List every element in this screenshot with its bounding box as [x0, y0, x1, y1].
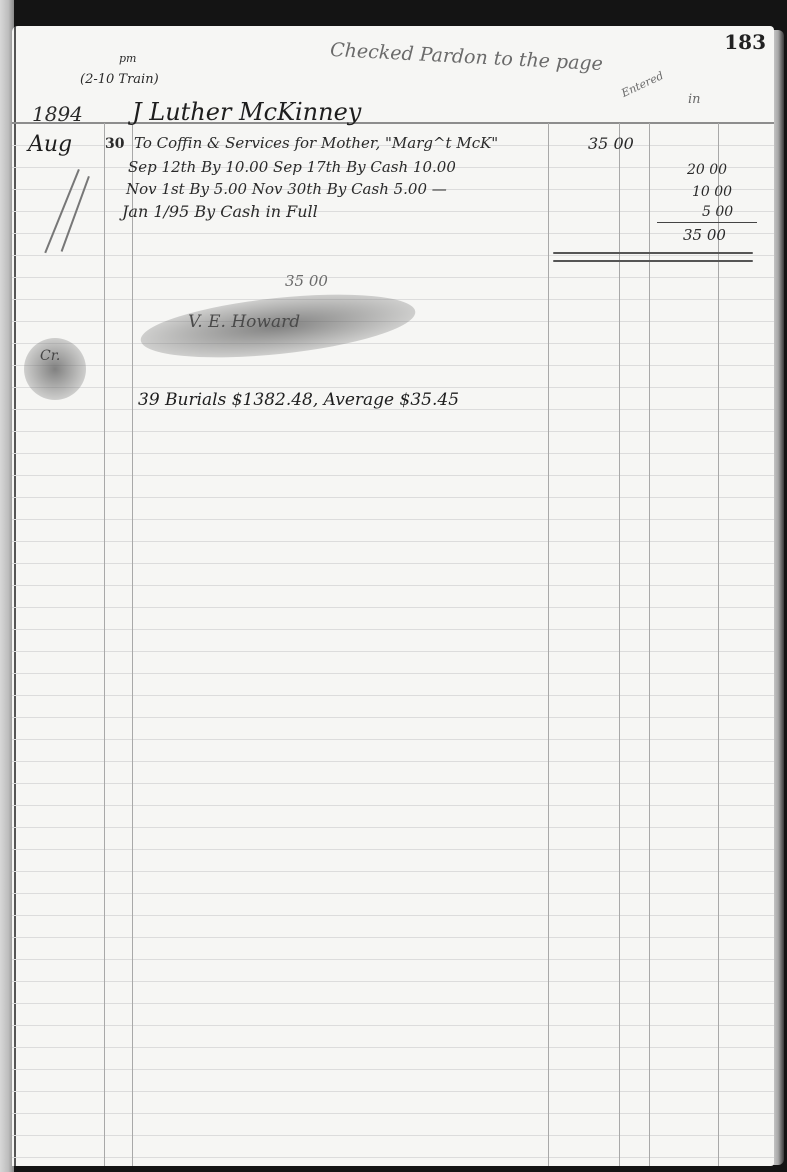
ruled-line	[12, 277, 774, 278]
ruled-line	[12, 453, 774, 454]
ruled-line	[12, 387, 774, 388]
payment-credit: 10 00	[692, 184, 732, 200]
payment-credit: 20 00	[687, 162, 727, 178]
closing-rule	[553, 260, 753, 262]
ruled-line	[12, 607, 774, 608]
ruled-line	[12, 783, 774, 784]
ruled-line	[12, 651, 774, 652]
column-rule-description	[548, 123, 549, 1166]
ruled-line	[12, 871, 774, 872]
payment-line: Sep 12th By 10.00 Sep 17th By Cash 10.00	[128, 158, 456, 176]
ruled-line	[12, 893, 774, 894]
ruled-line	[12, 343, 774, 344]
ruled-line	[12, 827, 774, 828]
ruled-line	[12, 937, 774, 938]
ruled-line	[12, 519, 774, 520]
pm-note: pm	[119, 52, 136, 65]
ruled-line	[12, 541, 774, 542]
ruled-line	[12, 365, 774, 366]
ruled-line	[12, 959, 774, 960]
ruled-line	[12, 497, 774, 498]
in-note: in	[688, 92, 701, 107]
ruled-line	[12, 1069, 774, 1070]
ruled-line	[12, 1091, 774, 1092]
ruled-line	[12, 915, 774, 916]
smudged-name: V. E. Howard	[188, 312, 300, 332]
ruled-line	[12, 233, 774, 234]
binding-margin-line	[14, 26, 16, 1166]
credit-total: 35 00	[683, 226, 726, 244]
ledger-year: 1894	[32, 102, 83, 126]
ruled-line	[12, 475, 774, 476]
header-rule	[12, 122, 774, 124]
settled-tick-mark	[61, 176, 90, 252]
ledger-page: 183 Checked Pardon to the page pm (2-10 …	[12, 26, 774, 1166]
ruled-line	[12, 431, 774, 432]
payment-line: Nov 1st By 5.00 Nov 30th By Cash 5.00 —	[126, 180, 447, 198]
ruled-line	[12, 1113, 774, 1114]
entered-note: Entered	[619, 69, 665, 100]
ruled-line	[12, 563, 774, 564]
ruled-line	[12, 981, 774, 982]
ruled-line	[12, 717, 774, 718]
checked-note: Checked Pardon to the page	[330, 39, 604, 75]
account-name: J Luther McKinney	[132, 98, 361, 126]
entry-description: To Coffin & Services for Mother, "Marg^t…	[134, 134, 498, 152]
ruled-line	[12, 761, 774, 762]
page-number: 183	[724, 30, 766, 54]
payment-credit: 5 00	[702, 204, 733, 220]
ruled-line	[12, 255, 774, 256]
closing-rule	[553, 252, 753, 254]
ruled-line	[12, 1003, 774, 1004]
smudged-amount: 35 00	[285, 272, 328, 290]
ruled-line	[12, 585, 774, 586]
smudged-margin-mark: Cr.	[40, 348, 60, 364]
ruled-line	[12, 695, 774, 696]
ruled-line	[12, 1047, 774, 1048]
column-rule-credit-cents	[718, 123, 719, 1166]
train-note: (2-10 Train)	[80, 72, 159, 87]
burials-summary: 39 Burials $1382.48, Average $35.45	[138, 390, 459, 410]
ruled-line	[12, 1157, 774, 1158]
entry-day: 30	[105, 136, 124, 152]
sum-underline	[657, 222, 757, 223]
ruled-line	[12, 629, 774, 630]
ruled-line	[12, 739, 774, 740]
payment-line: Jan 1/95 By Cash in Full	[122, 202, 318, 221]
column-rule-debit-cents	[619, 123, 620, 1166]
entry-debit: 35 00	[588, 134, 634, 153]
ruled-line	[12, 849, 774, 850]
column-rule-month	[104, 123, 105, 1166]
ruled-line	[12, 805, 774, 806]
column-rule-debit	[649, 123, 650, 1166]
ruled-line	[12, 1135, 774, 1136]
ruled-line	[12, 1025, 774, 1026]
ruled-line	[12, 673, 774, 674]
entry-month: Aug	[28, 132, 72, 157]
column-rule-day	[132, 123, 133, 1166]
